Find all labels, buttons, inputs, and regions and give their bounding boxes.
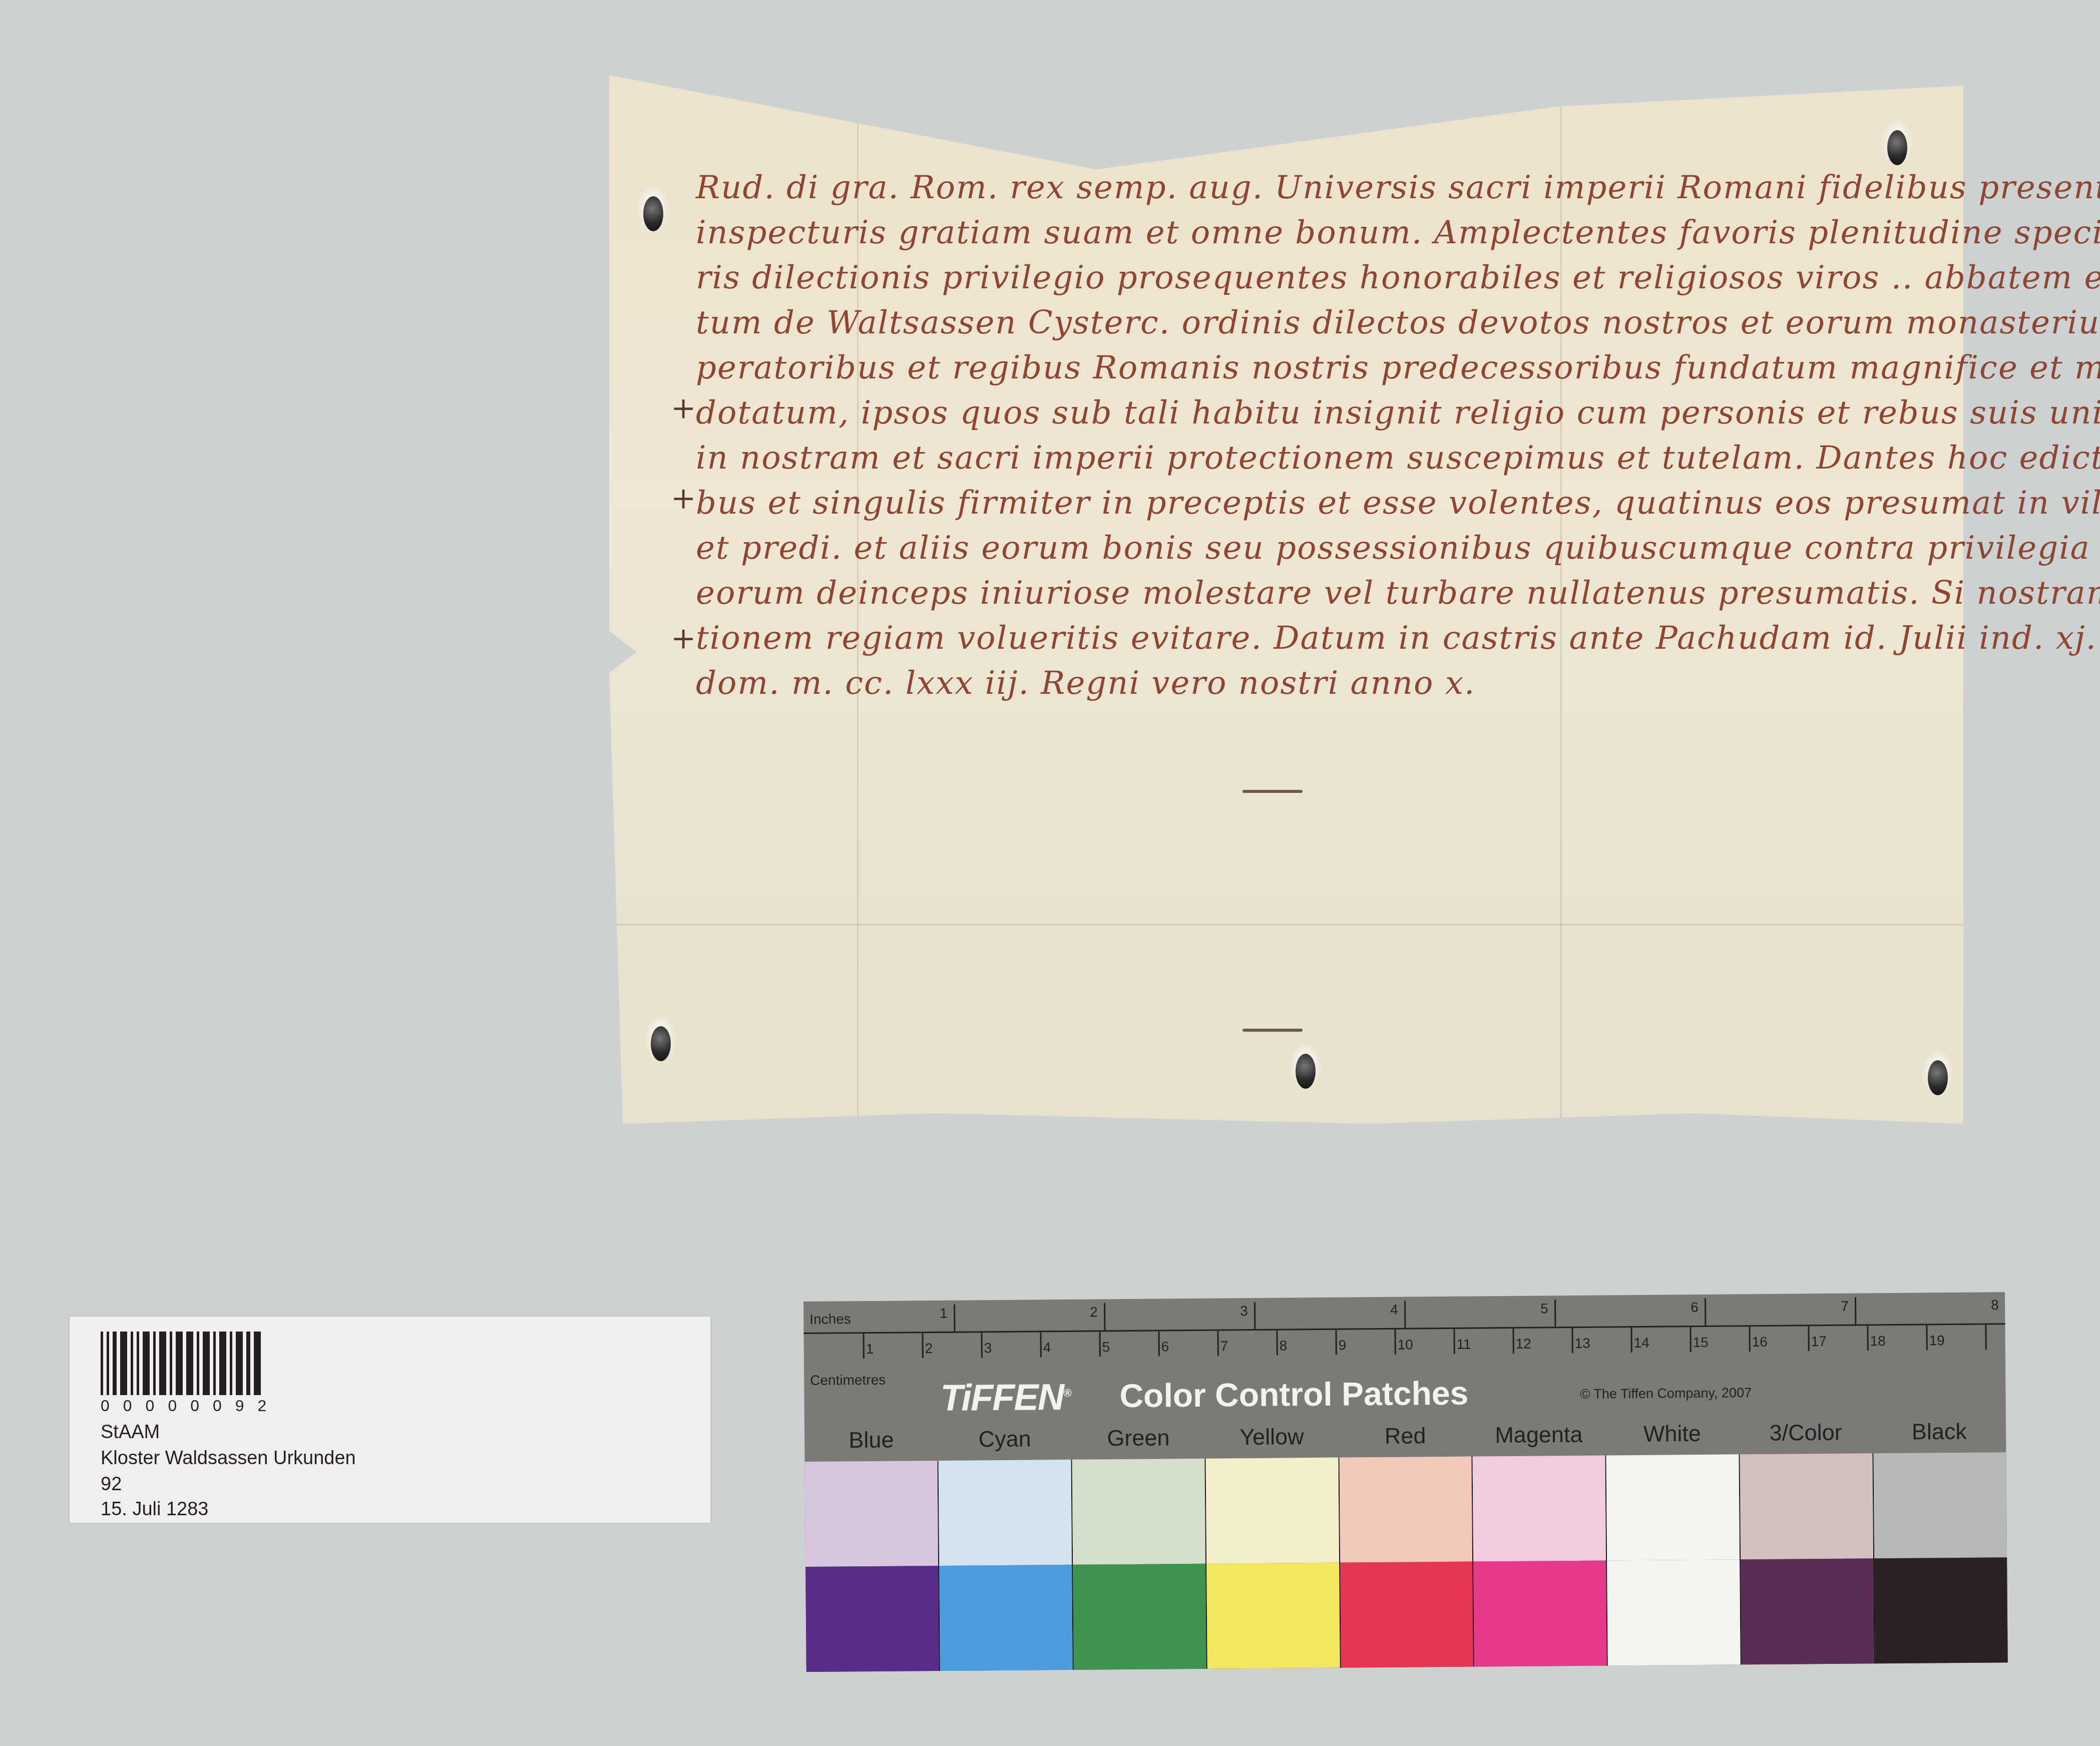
cm-tick-label: 10 xyxy=(1398,1337,1413,1353)
cm-tick-label: 18 xyxy=(1870,1333,1886,1349)
seal-slit xyxy=(1242,790,1303,793)
inch-tick-label: 5 xyxy=(1540,1300,1548,1317)
cm-tick-label: 17 xyxy=(1811,1334,1827,1350)
charter-line: ris dilectionis privilegio prosequentes … xyxy=(696,255,1947,300)
mounting-pin-icon xyxy=(1928,1060,1948,1095)
charter-text: Rud. di gra. Rom. rex semp. aug. Univers… xyxy=(696,165,1947,706)
tiffen-color-card: Inches Centimetres 1 2 3 4 5 6 7 8 1 2 3… xyxy=(803,1292,2008,1672)
cm-tick-label: 7 xyxy=(1220,1338,1228,1354)
charter-line: Rud. di gra. Rom. rex semp. aug. Univers… xyxy=(696,165,1947,210)
patch-blue xyxy=(805,1461,940,1672)
charter-line: dotatum, ipsos quos sub tali habitu insi… xyxy=(696,390,1947,435)
patch-label: Blue xyxy=(804,1427,938,1458)
card-title: Color Control Patches xyxy=(1119,1374,1468,1415)
patch-white xyxy=(1606,1454,1742,1665)
centimetres-label: Centimetres xyxy=(810,1372,886,1389)
cm-tick-label: 6 xyxy=(1161,1339,1169,1355)
patch-red xyxy=(1339,1457,1474,1668)
mounting-pin-icon xyxy=(1296,1054,1316,1089)
patch-3color xyxy=(1740,1453,1875,1664)
color-patches xyxy=(805,1452,2008,1672)
cm-tick-label: 1 xyxy=(866,1341,874,1357)
archive-label: 00000092 StAAM Kloster Waldsassen Urkund… xyxy=(70,1317,710,1523)
cm-tick-label: 16 xyxy=(1752,1334,1768,1350)
charter-line: inspecturis gratiam suam et omne bonum. … xyxy=(696,210,1947,255)
inch-tick-label: 3 xyxy=(1240,1303,1248,1319)
seal-slit xyxy=(1242,1029,1303,1032)
barcode-icon xyxy=(101,1332,264,1395)
inch-tick-label: 6 xyxy=(1691,1299,1699,1316)
patch-label: Cyan xyxy=(938,1426,1072,1457)
cm-tick-label: 5 xyxy=(1102,1339,1110,1355)
charter-line: peratoribus et regibus Romanis nostris p… xyxy=(696,345,1947,390)
patch-label: Yellow xyxy=(1205,1424,1339,1455)
patch-magenta xyxy=(1473,1455,1608,1666)
charter-line: in nostram et sacri imperii protectionem… xyxy=(696,435,1947,481)
mounting-pin-icon xyxy=(1887,130,1907,165)
patch-green xyxy=(1072,1459,1207,1670)
charter-line: bus et singulis firmiter in preceptis et… xyxy=(696,481,1947,526)
charter-line: tionem regiam volueritis evitare. Datum … xyxy=(696,616,1947,661)
fold-line-horizontal xyxy=(609,924,1963,926)
patch-label: 3/Color xyxy=(1739,1419,1873,1450)
cm-tick-label: 15 xyxy=(1693,1335,1709,1351)
collection-name: Kloster Waldsassen Urkunden xyxy=(101,1448,356,1469)
cm-tick-label: 3 xyxy=(984,1340,992,1356)
archive-name: StAAM xyxy=(101,1422,160,1443)
cm-tick-label: 13 xyxy=(1575,1336,1590,1352)
cm-tick-label: 4 xyxy=(1043,1340,1051,1356)
mounting-pin-icon xyxy=(643,196,663,231)
patch-cyan xyxy=(938,1460,1073,1671)
inch-tick-label: 8 xyxy=(1991,1297,1999,1313)
cm-tick-label: 2 xyxy=(925,1341,933,1357)
inch-tick-label: 2 xyxy=(1090,1304,1098,1320)
charter-line: et predi. et aliis eorum bonis seu posse… xyxy=(696,526,1947,571)
patch-label: Red xyxy=(1339,1423,1472,1454)
patch-yellow xyxy=(1205,1458,1341,1669)
margin-cross-mark: + xyxy=(671,481,696,516)
patch-black xyxy=(1874,1452,2008,1663)
cm-tick-label: 12 xyxy=(1516,1336,1531,1352)
cm-tick-label: 8 xyxy=(1280,1338,1288,1354)
margin-cross-mark: + xyxy=(671,390,696,425)
patch-label: White xyxy=(1605,1420,1739,1451)
patch-label: Black xyxy=(1872,1418,2006,1449)
patch-label: Green xyxy=(1071,1425,1205,1456)
document-date: 15. Juli 1283 xyxy=(101,1499,209,1520)
charter-line: dom. m. cc. lxxx iij. Regni vero nostri … xyxy=(696,661,1947,706)
tiffen-logo: TiFFEN® xyxy=(940,1376,1071,1419)
inches-label: Inches xyxy=(809,1311,851,1328)
cm-tick-label: 19 xyxy=(1929,1333,1945,1349)
inch-tick-label: 4 xyxy=(1390,1302,1398,1318)
inch-tick-label: 1 xyxy=(940,1305,948,1322)
inch-tick-label: 7 xyxy=(1841,1298,1849,1315)
patch-label: Magenta xyxy=(1472,1421,1605,1452)
copyright-text: © The Tiffen Company, 2007 xyxy=(1580,1385,1752,1402)
cm-tick-label: 9 xyxy=(1339,1337,1347,1353)
charter-line: tum de Waltsassen Cysterc. ordinis dilec… xyxy=(696,300,1947,345)
document-number: 92 xyxy=(101,1474,122,1495)
cm-tick-label: 11 xyxy=(1457,1337,1471,1353)
cm-tick-label: 14 xyxy=(1634,1335,1649,1351)
mounting-pin-icon xyxy=(651,1026,671,1061)
charter-line: eorum deinceps iniuriose molestare vel t… xyxy=(696,571,1947,616)
patch-labels: Blue Cyan Green Yellow Red Magenta White… xyxy=(804,1418,2006,1458)
margin-cross-mark: + xyxy=(671,621,696,656)
barcode-number: 00000092 xyxy=(101,1397,280,1415)
